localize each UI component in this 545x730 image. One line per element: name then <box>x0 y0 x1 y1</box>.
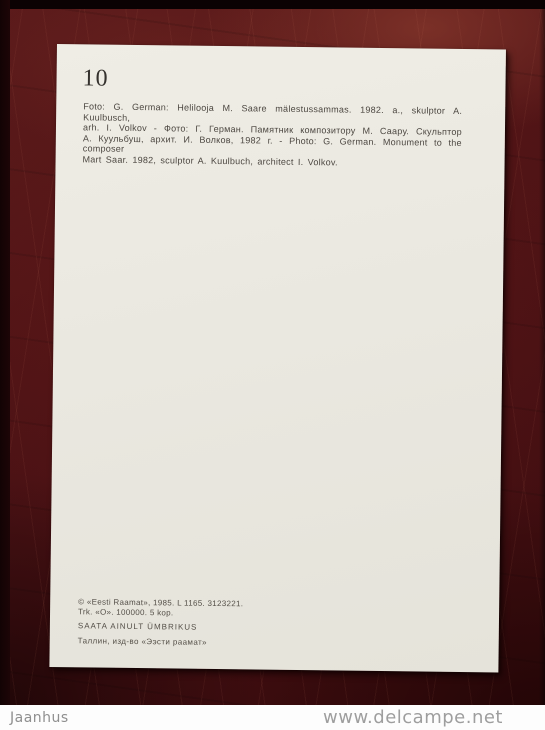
photo-edge-left <box>0 0 10 706</box>
postcard-back: 10 Foto: G. German: Helilooja M. Saare m… <box>49 44 506 672</box>
postcard-number: 10 <box>82 65 108 92</box>
print-run-line: Trk. «O». 100000. 5 kop. <box>78 607 243 619</box>
postcard-imprint: © «Eesti Raamat», 1985. L 1165. 3123221.… <box>78 597 244 648</box>
publisher-line: Таллин, изд-во «Ээсти раамат» <box>78 636 243 648</box>
delcampe-watermark-link[interactable]: www.delcampe.net <box>323 707 503 728</box>
seller-watermark: Jaanhus <box>10 710 69 726</box>
postcard-description: Foto: G. German: Helilooja M. Saare mäle… <box>83 101 463 169</box>
photo-edge-top <box>0 0 545 9</box>
watermark-strip: Jaanhus www.delcampe.net <box>0 705 545 730</box>
photo-edge-right <box>539 0 545 706</box>
mailing-notice: SAATA AINULT ÜMBRIKUS <box>78 621 243 633</box>
postcard-photo-scene: 10 Foto: G. German: Helilooja M. Saare m… <box>0 0 545 730</box>
